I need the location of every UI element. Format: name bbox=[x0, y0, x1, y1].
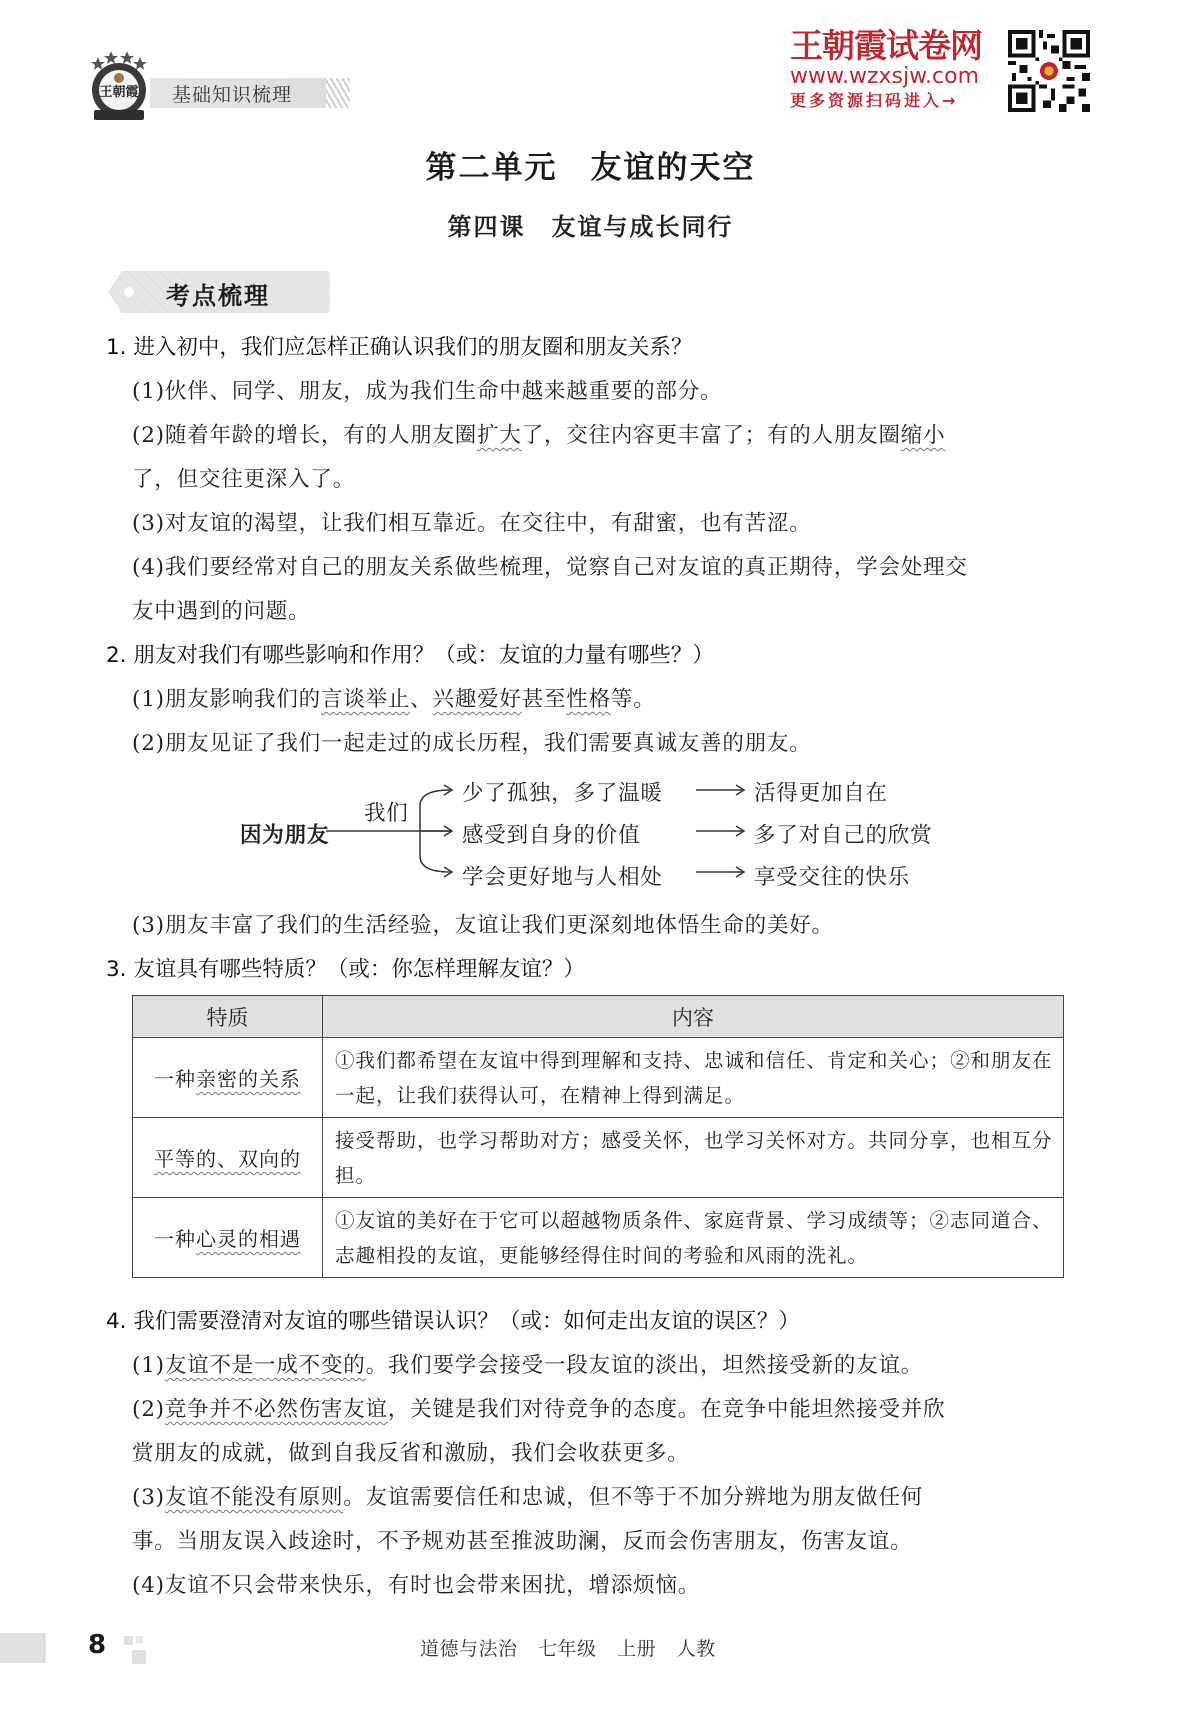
content-cell: 接受帮助，也学习帮助对方；感受关怀，也学习关怀对方。共同分享，也相互分担。 bbox=[323, 1118, 1064, 1198]
footer-decoration bbox=[132, 1650, 146, 1664]
unit-title: 第二单元 友谊的天空 bbox=[0, 142, 1181, 187]
q4-item-2-cont: 赏朋友的成就，做到自我反省和激励，我们会收获更多。 bbox=[132, 1436, 690, 1467]
header-band-stripes bbox=[326, 78, 350, 108]
table-header-trait: 特质 bbox=[133, 996, 323, 1038]
publisher-logo: 王朝霞 bbox=[84, 50, 154, 126]
footer-band bbox=[0, 1633, 46, 1663]
diagram-cause-2: 感受到自身的价值 bbox=[462, 818, 640, 849]
diagram-root: 因为朋友 bbox=[240, 818, 329, 849]
q1-item-2: (2)随着年龄的增长，有的人朋友圈扩大了，交往内容更丰富了；有的人朋友圈缩小 bbox=[132, 418, 945, 449]
diagram-effect-3: 享受交往的快乐 bbox=[754, 860, 910, 891]
section-tag-label: 考点梳理 bbox=[166, 276, 270, 311]
q4-item-4: (4)友谊不只会带来快乐，有时也会带来困扰，增添烦恼。 bbox=[132, 1568, 700, 1599]
q1-item-4: (4)我们要经常对自己的朋友关系做些梳理，觉察自己对友谊的真正期待，学会处理交 bbox=[132, 550, 968, 581]
header-section-label: 基础知识梳理 bbox=[172, 80, 292, 107]
diagram-effect-1: 活得更加自在 bbox=[754, 776, 888, 807]
friendship-traits-table: 特质 内容 一种亲密的关系 ①我们都希望在友谊中得到理解和支持、忠诚和信任、肯定… bbox=[132, 995, 1064, 1278]
diagram-connector: 我们 bbox=[364, 796, 409, 827]
emphasis-expand: 扩大 bbox=[477, 423, 522, 448]
book-info: 道德与法治 七年级 上册 人教 bbox=[420, 1634, 716, 1661]
q4-item-3-cont: 事。当朋友误入歧途时，不予规劝甚至推波助澜，反而会伤害朋友，伤害友谊。 bbox=[132, 1524, 913, 1555]
question-4-title: 4. 我们需要澄清对友谊的哪些错误认识？（或：如何走出友谊的误区？） bbox=[106, 1304, 800, 1335]
tag-hole-icon bbox=[124, 287, 134, 297]
svg-text:王朝霞: 王朝霞 bbox=[99, 84, 138, 100]
footer-decoration bbox=[136, 1636, 143, 1643]
brand-name: 王朝霞试卷网 bbox=[790, 28, 1010, 64]
brand-block[interactable]: 王朝霞试卷网 www.wzxsjw.com 更多资源扫码进入→ bbox=[790, 28, 1010, 112]
content-cell: ①我们都希望在友谊中得到理解和支持、忠诚和信任、肯定和关心；②和朋友在一起，让我… bbox=[323, 1038, 1064, 1118]
table-header-content: 内容 bbox=[323, 996, 1064, 1038]
trait-cell: 平等的、双向的 bbox=[133, 1118, 323, 1198]
footer-decoration bbox=[124, 1636, 133, 1645]
q2-item-1: (1)朋友影响我们的言谈举止、兴趣爱好甚至性格等。 bbox=[132, 682, 656, 713]
lesson-title: 第四课 友谊与成长同行 bbox=[0, 207, 1181, 242]
diagram-cause-1: 少了孤独，多了温暖 bbox=[462, 776, 663, 807]
q4-item-1: (1)友谊不是一成不变的。我们要学会接受一段友谊的淡出，坦然接受新的友谊。 bbox=[132, 1348, 923, 1379]
q4-item-2: (2)竞争并不必然伤害友谊，关键是我们对待竞争的态度。在竞争中能坦然接受并欣 bbox=[132, 1392, 945, 1423]
diagram-effect-2: 多了对自己的欣赏 bbox=[754, 818, 932, 849]
emphasis-shrink: 缩小 bbox=[901, 423, 946, 448]
q1-item-1: (1)伙伴、同学、朋友，成为我们生命中越来越重要的部分。 bbox=[132, 374, 722, 405]
trait-cell: 一种心灵的相遇 bbox=[133, 1198, 323, 1278]
q1-item-2-cont: 了，但交往更深入了。 bbox=[132, 462, 355, 493]
page-number: 8 bbox=[88, 1630, 106, 1660]
question-1-title: 1. 进入初中，我们应怎样正确认识我们的朋友圈和朋友关系？ bbox=[106, 330, 692, 361]
q2-item-2: (2)朋友见证了我们一起走过的成长历程，我们需要真诚友善的朋友。 bbox=[132, 726, 812, 757]
q4-item-3: (3)友谊不能没有原则。友谊需要信任和忠诚，但不等于不加分辨地为朋友做任何 bbox=[132, 1480, 923, 1511]
q2-item-3: (3)朋友丰富了我们的生活经验，友谊让我们更深刻地体悟生命的美好。 bbox=[132, 908, 834, 939]
table-row: 一种亲密的关系 ①我们都希望在友谊中得到理解和支持、忠诚和信任、肯定和关心；②和… bbox=[133, 1038, 1064, 1118]
brand-cta: 更多资源扫码进入→ bbox=[790, 90, 1010, 112]
friendship-effect-diagram: 因为朋友 我们 少了孤独，多了温暖 活得更加自在 感受到自身的价值 多了对自己的… bbox=[240, 768, 1000, 898]
table-row: 一种心灵的相遇 ①友谊的美好在于它可以超越物质条件、家庭背景、学习成绩等；②志同… bbox=[133, 1198, 1064, 1278]
table-row: 平等的、双向的 接受帮助，也学习帮助对方；感受关怀，也学习关怀对方。共同分享，也… bbox=[133, 1118, 1064, 1198]
brand-url[interactable]: www.wzxsjw.com bbox=[790, 64, 1010, 90]
trait-cell: 一种亲密的关系 bbox=[133, 1038, 323, 1118]
question-3-title: 3. 友谊具有哪些特质？（或：你怎样理解友谊？） bbox=[106, 952, 585, 983]
question-2-title: 2. 朋友对我们有哪些影响和作用？（或：友谊的力量有哪些？） bbox=[106, 638, 714, 669]
content-cell: ①友谊的美好在于它可以超越物质条件、家庭背景、学习成绩等；②志同道合、志趣相投的… bbox=[323, 1198, 1064, 1278]
qr-code-icon[interactable] bbox=[1008, 30, 1090, 112]
q1-item-3: (3)对友谊的渴望，让我们相互靠近。在交往中，有甜蜜，也有苦涩。 bbox=[132, 506, 812, 537]
diagram-cause-3: 学会更好地与人相处 bbox=[462, 860, 663, 891]
q1-item-4-cont: 友中遇到的问题。 bbox=[132, 594, 310, 625]
